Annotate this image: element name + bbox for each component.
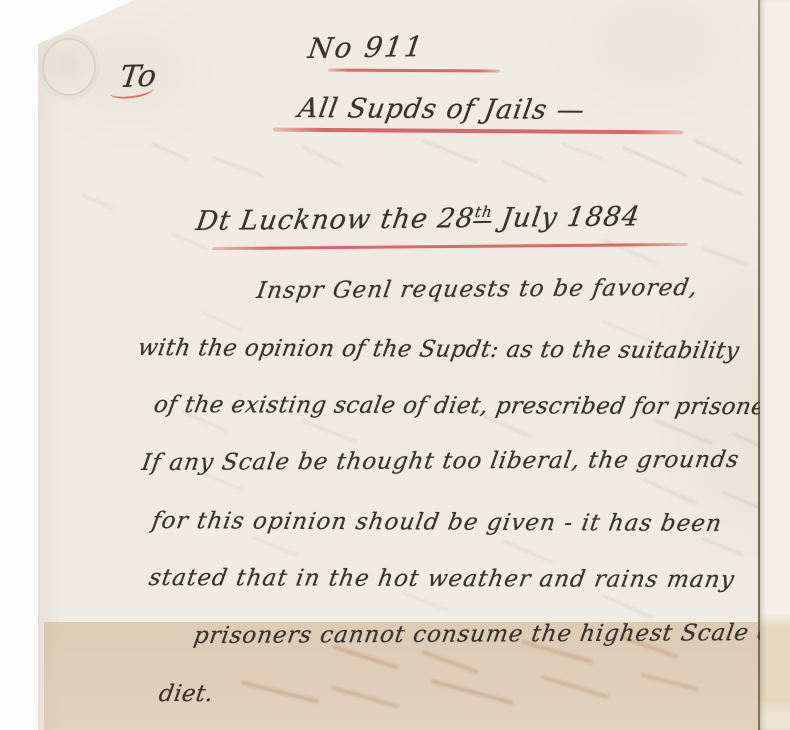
body-line: prisoners cannot consume the highest Sca…	[192, 620, 783, 649]
body-line: with the opinion of the Supdt: as to the…	[136, 335, 741, 364]
body-line: stated that in the hot weather and rains…	[147, 565, 737, 593]
dateline: Dt Lucknow the 28th July 1884	[194, 201, 642, 237]
embossed-seal	[42, 38, 96, 96]
dateline-prefix: Dt Lucknow the 28	[194, 203, 476, 237]
addressee-line: All Supds of Jails —	[296, 93, 588, 126]
dateline-suffix: July 1884	[490, 201, 643, 234]
body-line: If any Scale be thought too liberal, the…	[140, 447, 741, 476]
body-line: diet.	[157, 681, 215, 707]
body-line: of the existing scale of diet, prescribe…	[152, 392, 790, 420]
body-line: Inspr Genl requests to be favored,	[255, 275, 700, 304]
scanned-letter-page: No 911 To All Supds of Jails — Dt Luckno…	[0, 0, 790, 730]
body-line: for this opinion should be given - it ha…	[150, 508, 724, 537]
adjacent-page-strip	[760, 0, 790, 730]
letter-number: No 911	[306, 30, 427, 65]
salutation-to: To	[118, 59, 158, 95]
